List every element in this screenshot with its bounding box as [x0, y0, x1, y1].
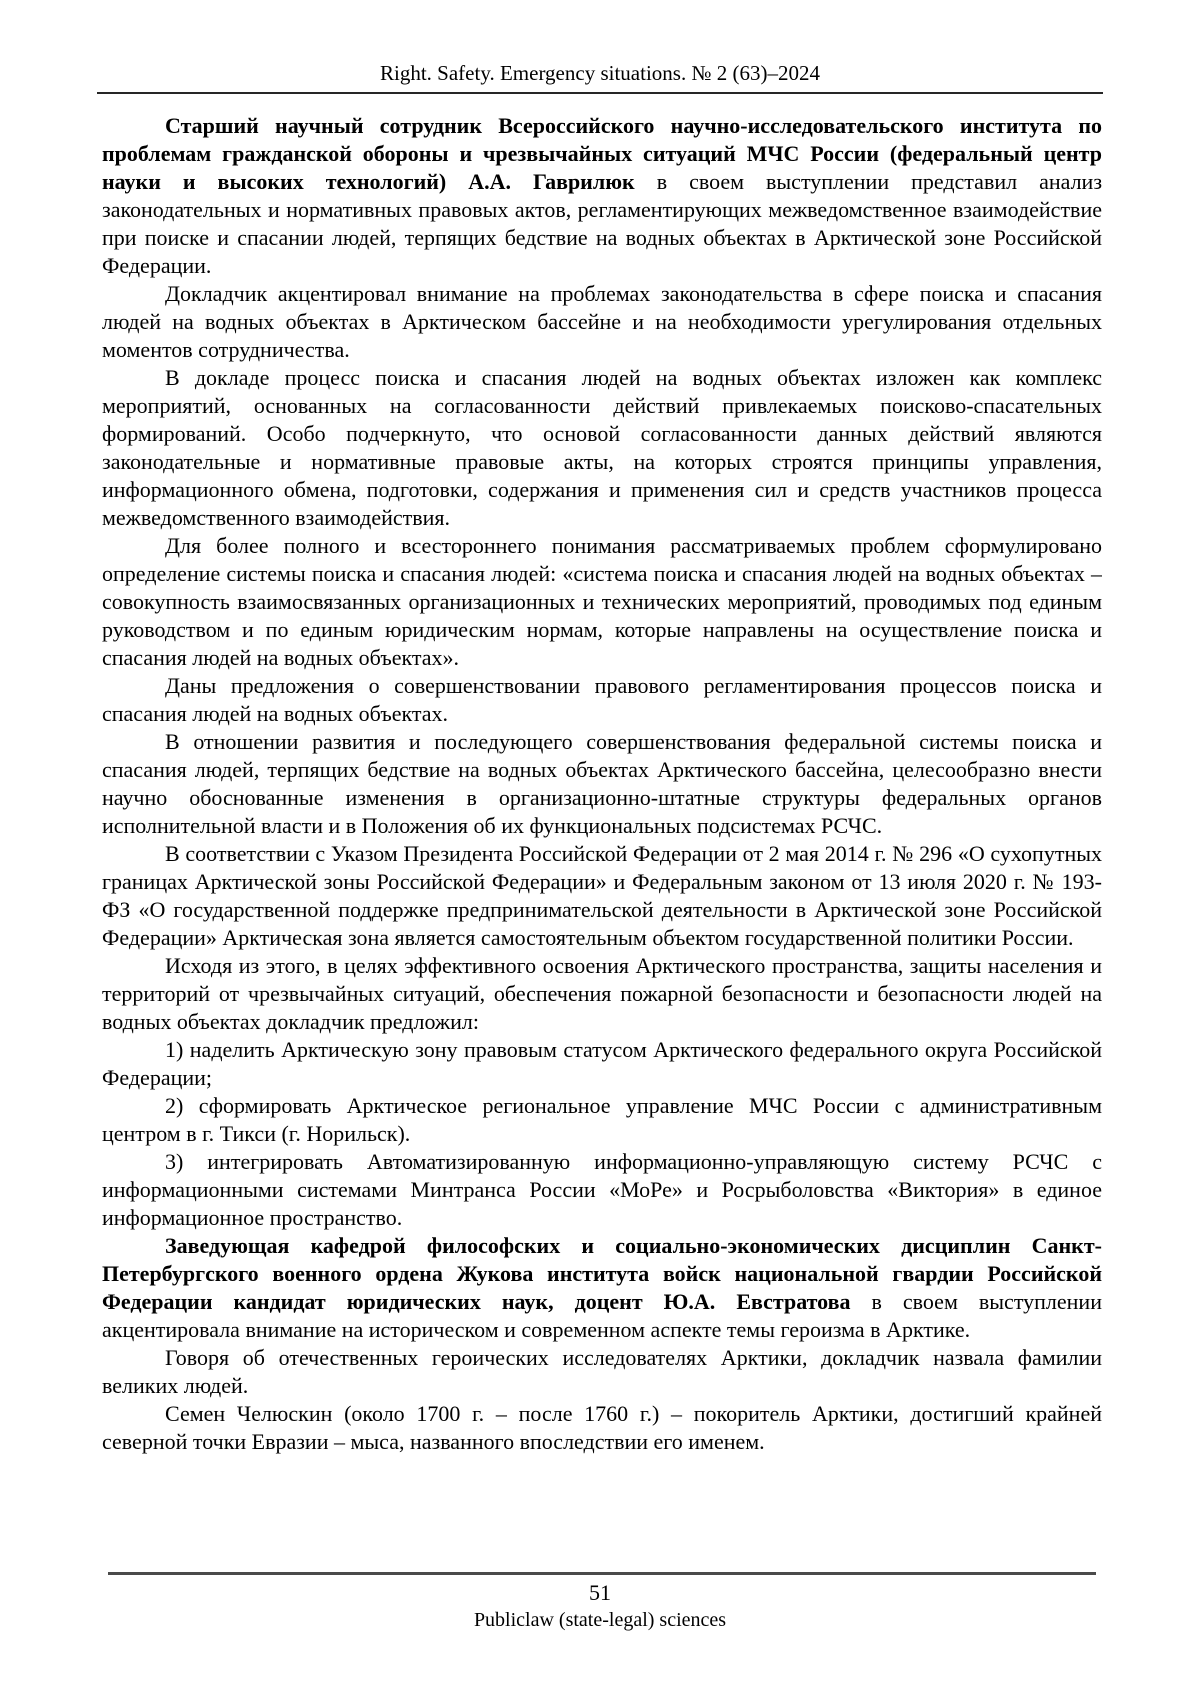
- paragraph-text: 2) сформировать Арктическое региональное…: [102, 1093, 1102, 1146]
- paragraph-text: Семен Челюскин (около 1700 г. – после 17…: [102, 1401, 1102, 1454]
- paragraph-text: В соответствии с Указом Президента Росси…: [102, 841, 1102, 950]
- paragraph-text: Докладчик акцентировал внимание на пробл…: [102, 281, 1102, 362]
- paragraph-text: В докладе процесс поиска и спасания люде…: [102, 365, 1102, 530]
- paragraph-text: Исходя из этого, в целях эффективного ос…: [102, 953, 1102, 1034]
- paragraph: В докладе процесс поиска и спасания люде…: [102, 364, 1102, 532]
- paragraph: Исходя из этого, в целях эффективного ос…: [102, 952, 1102, 1036]
- paragraph-text: Даны предложения о совершенствовании пра…: [102, 673, 1102, 726]
- journal-page: Right. Safety. Emergency situations. № 2…: [0, 0, 1200, 1698]
- paragraph: Заведующая кафедрой философских и социал…: [102, 1232, 1102, 1344]
- paragraph: 3) интегрировать Автоматизированную инфо…: [102, 1148, 1102, 1232]
- header-rule: [97, 92, 1103, 94]
- paragraph-text: В отношении развития и последующего сове…: [102, 729, 1102, 838]
- paragraph: В соответствии с Указом Президента Росси…: [102, 840, 1102, 952]
- paragraph-text: 1) наделить Арктическую зону правовым ст…: [102, 1037, 1102, 1090]
- paragraph: 2) сформировать Арктическое региональное…: [102, 1092, 1102, 1148]
- paragraph: 1) наделить Арктическую зону правовым ст…: [102, 1036, 1102, 1092]
- paragraph: Докладчик акцентировал внимание на пробл…: [102, 280, 1102, 364]
- paragraph-text: Говоря об отечественных героических иссл…: [102, 1345, 1102, 1398]
- paragraph: Даны предложения о совершенствовании пра…: [102, 672, 1102, 728]
- paragraph-text: Для более полного и всестороннего понима…: [102, 533, 1102, 670]
- paragraph-text: 3) интегрировать Автоматизированную инфо…: [102, 1149, 1102, 1230]
- paragraph: Говоря об отечественных героических иссл…: [102, 1344, 1102, 1400]
- paragraph: Семен Челюскин (около 1700 г. – после 17…: [102, 1400, 1102, 1456]
- footer-section-label: Publiclaw (state-legal) sciences: [100, 1607, 1100, 1633]
- paragraph: Для более полного и всестороннего понима…: [102, 532, 1102, 672]
- footer-rule: [108, 1572, 1096, 1575]
- paragraph: Старший научный сотрудник Всероссийского…: [102, 112, 1102, 280]
- article-body: Старший научный сотрудник Всероссийского…: [102, 112, 1102, 1572]
- page-number: 51: [100, 1579, 1100, 1607]
- paragraph: В отношении развития и последующего сове…: [102, 728, 1102, 840]
- running-head: Right. Safety. Emergency situations. № 2…: [100, 60, 1100, 86]
